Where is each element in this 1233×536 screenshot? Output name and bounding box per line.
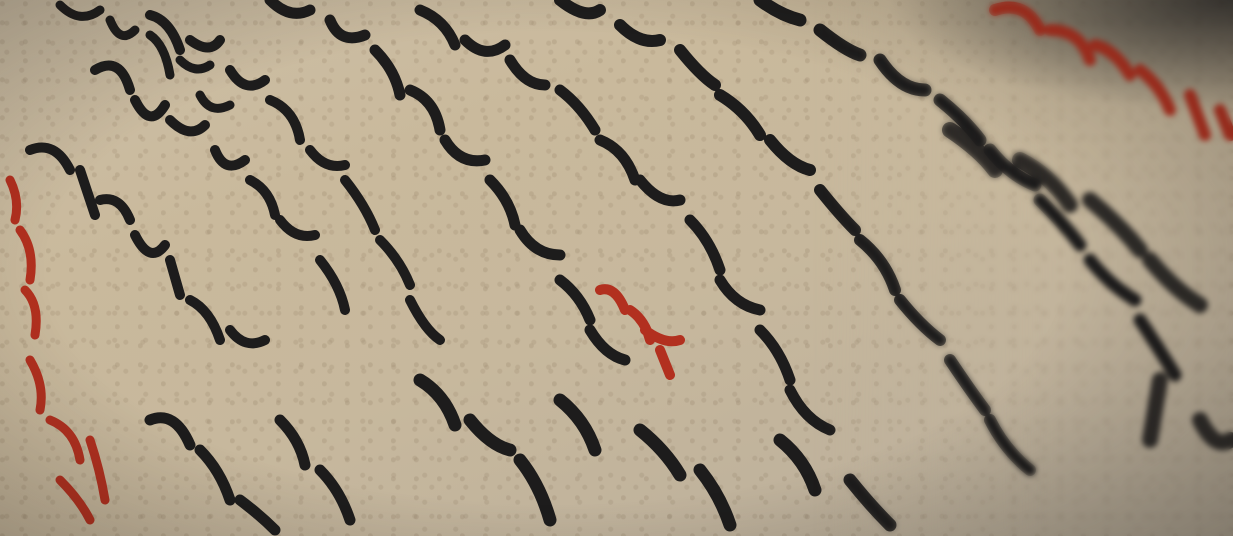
- manuscript-photo: Close-up photograph of an aged handwritt…: [0, 0, 1233, 536]
- depth-of-field-blur: [813, 0, 1233, 536]
